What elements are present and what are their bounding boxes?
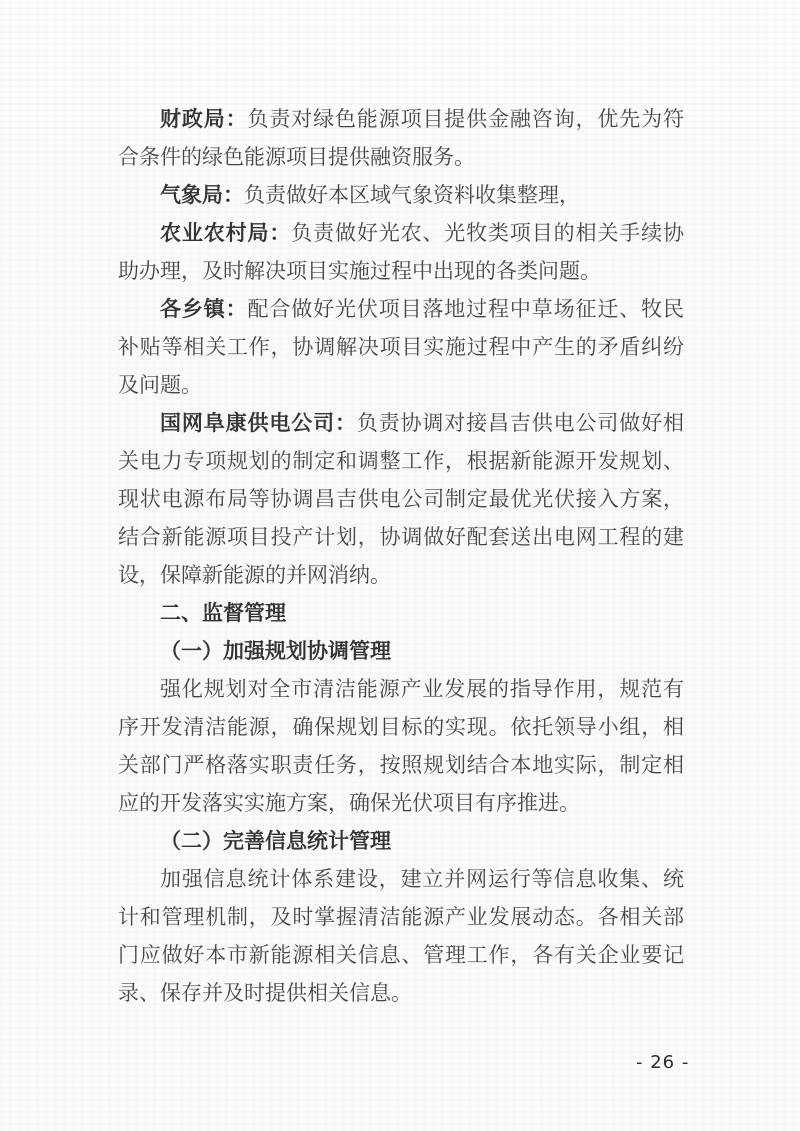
- paragraph: 强化规划对全市清洁能源产业发展的指导作用，规范有序开发清洁能源，确保规划目标的实…: [118, 670, 684, 822]
- section-heading: （二）完善信息统计管理: [118, 822, 684, 860]
- paragraph-lead: 农业农村局：: [160, 221, 291, 245]
- paragraph-text: 负责协调对接昌吉供电公司做好相关电力专项规划的制定和调整工作，根据新能源开发规划…: [118, 411, 684, 587]
- document-page: 财政局：负责对绿色能源项目提供金融咨询，优先为符合条件的绿色能源项目提供融资服务…: [0, 0, 800, 1131]
- paragraph: 气象局：负责做好本区域气象资料收集整理，: [118, 176, 684, 214]
- paragraph-lead: 各乡镇：: [160, 297, 247, 321]
- section-heading: （一）加强规划协调管理: [118, 632, 684, 670]
- paragraph: 农业农村局：负责做好光农、光牧类项目的相关手续协助办理，及时解决项目实施过程中出…: [118, 214, 684, 290]
- paragraph-lead: 财政局：: [160, 107, 247, 131]
- paragraph: 加强信息统计体系建设，建立并网运行等信息收集、统计和管理机制，及时掌握清洁能源产…: [118, 860, 684, 1012]
- page-number: - 26 -: [636, 1052, 689, 1073]
- section-heading: 二、监督管理: [118, 594, 684, 632]
- paragraph: 财政局：负责对绿色能源项目提供金融咨询，优先为符合条件的绿色能源项目提供融资服务…: [118, 100, 684, 176]
- paragraph: 各乡镇：配合做好光伏项目落地过程中草场征迁、牧民补贴等相关工作，协调解决项目实施…: [118, 290, 684, 404]
- paragraph: 国网阜康供电公司：负责协调对接昌吉供电公司做好相关电力专项规划的制定和调整工作，…: [118, 404, 684, 594]
- document-body: 财政局：负责对绿色能源项目提供金融咨询，优先为符合条件的绿色能源项目提供融资服务…: [118, 100, 684, 1012]
- paragraph-lead: 气象局：: [160, 183, 244, 207]
- paragraph-lead: 国网阜康供电公司：: [160, 411, 357, 435]
- paragraph-text: 负责做好本区域气象资料收集整理，: [244, 183, 580, 207]
